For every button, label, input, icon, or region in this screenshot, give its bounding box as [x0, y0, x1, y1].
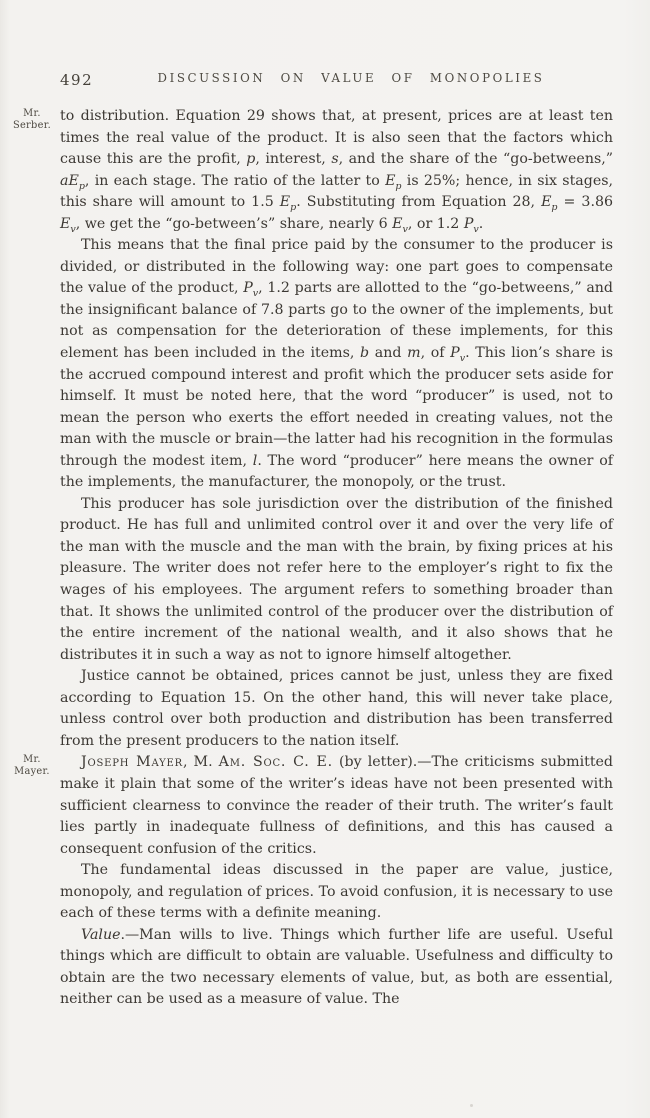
scan-speck [470, 1104, 473, 1107]
margin-note-line: Serber. [8, 120, 56, 132]
paragraph-3: This producer has sole jurisdiction over… [60, 494, 613, 666]
paragraph-wrap-serber: Mr. Serber. to distribution. Equation 29… [60, 106, 613, 235]
margin-note-serber: Mr. Serber. [8, 108, 56, 132]
running-head: DISCUSSION ON VALUE OF MONOPOLIES [60, 71, 612, 85]
margin-note-mayer: Mr. Mayer. [8, 754, 56, 778]
paragraph-2: This means that the final price paid by … [60, 235, 613, 494]
paragraph-6: The fundamental ideas discussed in the p… [60, 860, 613, 925]
margin-note-line: Mr. [8, 754, 56, 766]
page-header: 492 DISCUSSION ON VALUE OF MONOPOLIES [60, 71, 612, 91]
scanned-book-page: 492 DISCUSSION ON VALUE OF MONOPOLIES Mr… [0, 0, 650, 1118]
paragraph-4: Justice cannot be obtained, prices canno… [60, 666, 613, 752]
paragraph-1: to distribution. Equation 29 shows that,… [60, 106, 613, 235]
page-number: 492 [60, 71, 93, 89]
margin-note-line: Mayer. [8, 766, 56, 778]
page-body: Mr. Serber. to distribution. Equation 29… [60, 106, 613, 1011]
margin-note-line: Mr. [8, 108, 56, 120]
paragraph-wrap-mayer: Mr. Mayer. Joseph Mayer, M. Am. Soc. C. … [60, 752, 613, 860]
paragraph-5: Joseph Mayer, M. Am. Soc. C. E. (by lett… [60, 752, 613, 860]
paragraph-7: Value.—Man wills to live. Things which f… [60, 925, 613, 1011]
